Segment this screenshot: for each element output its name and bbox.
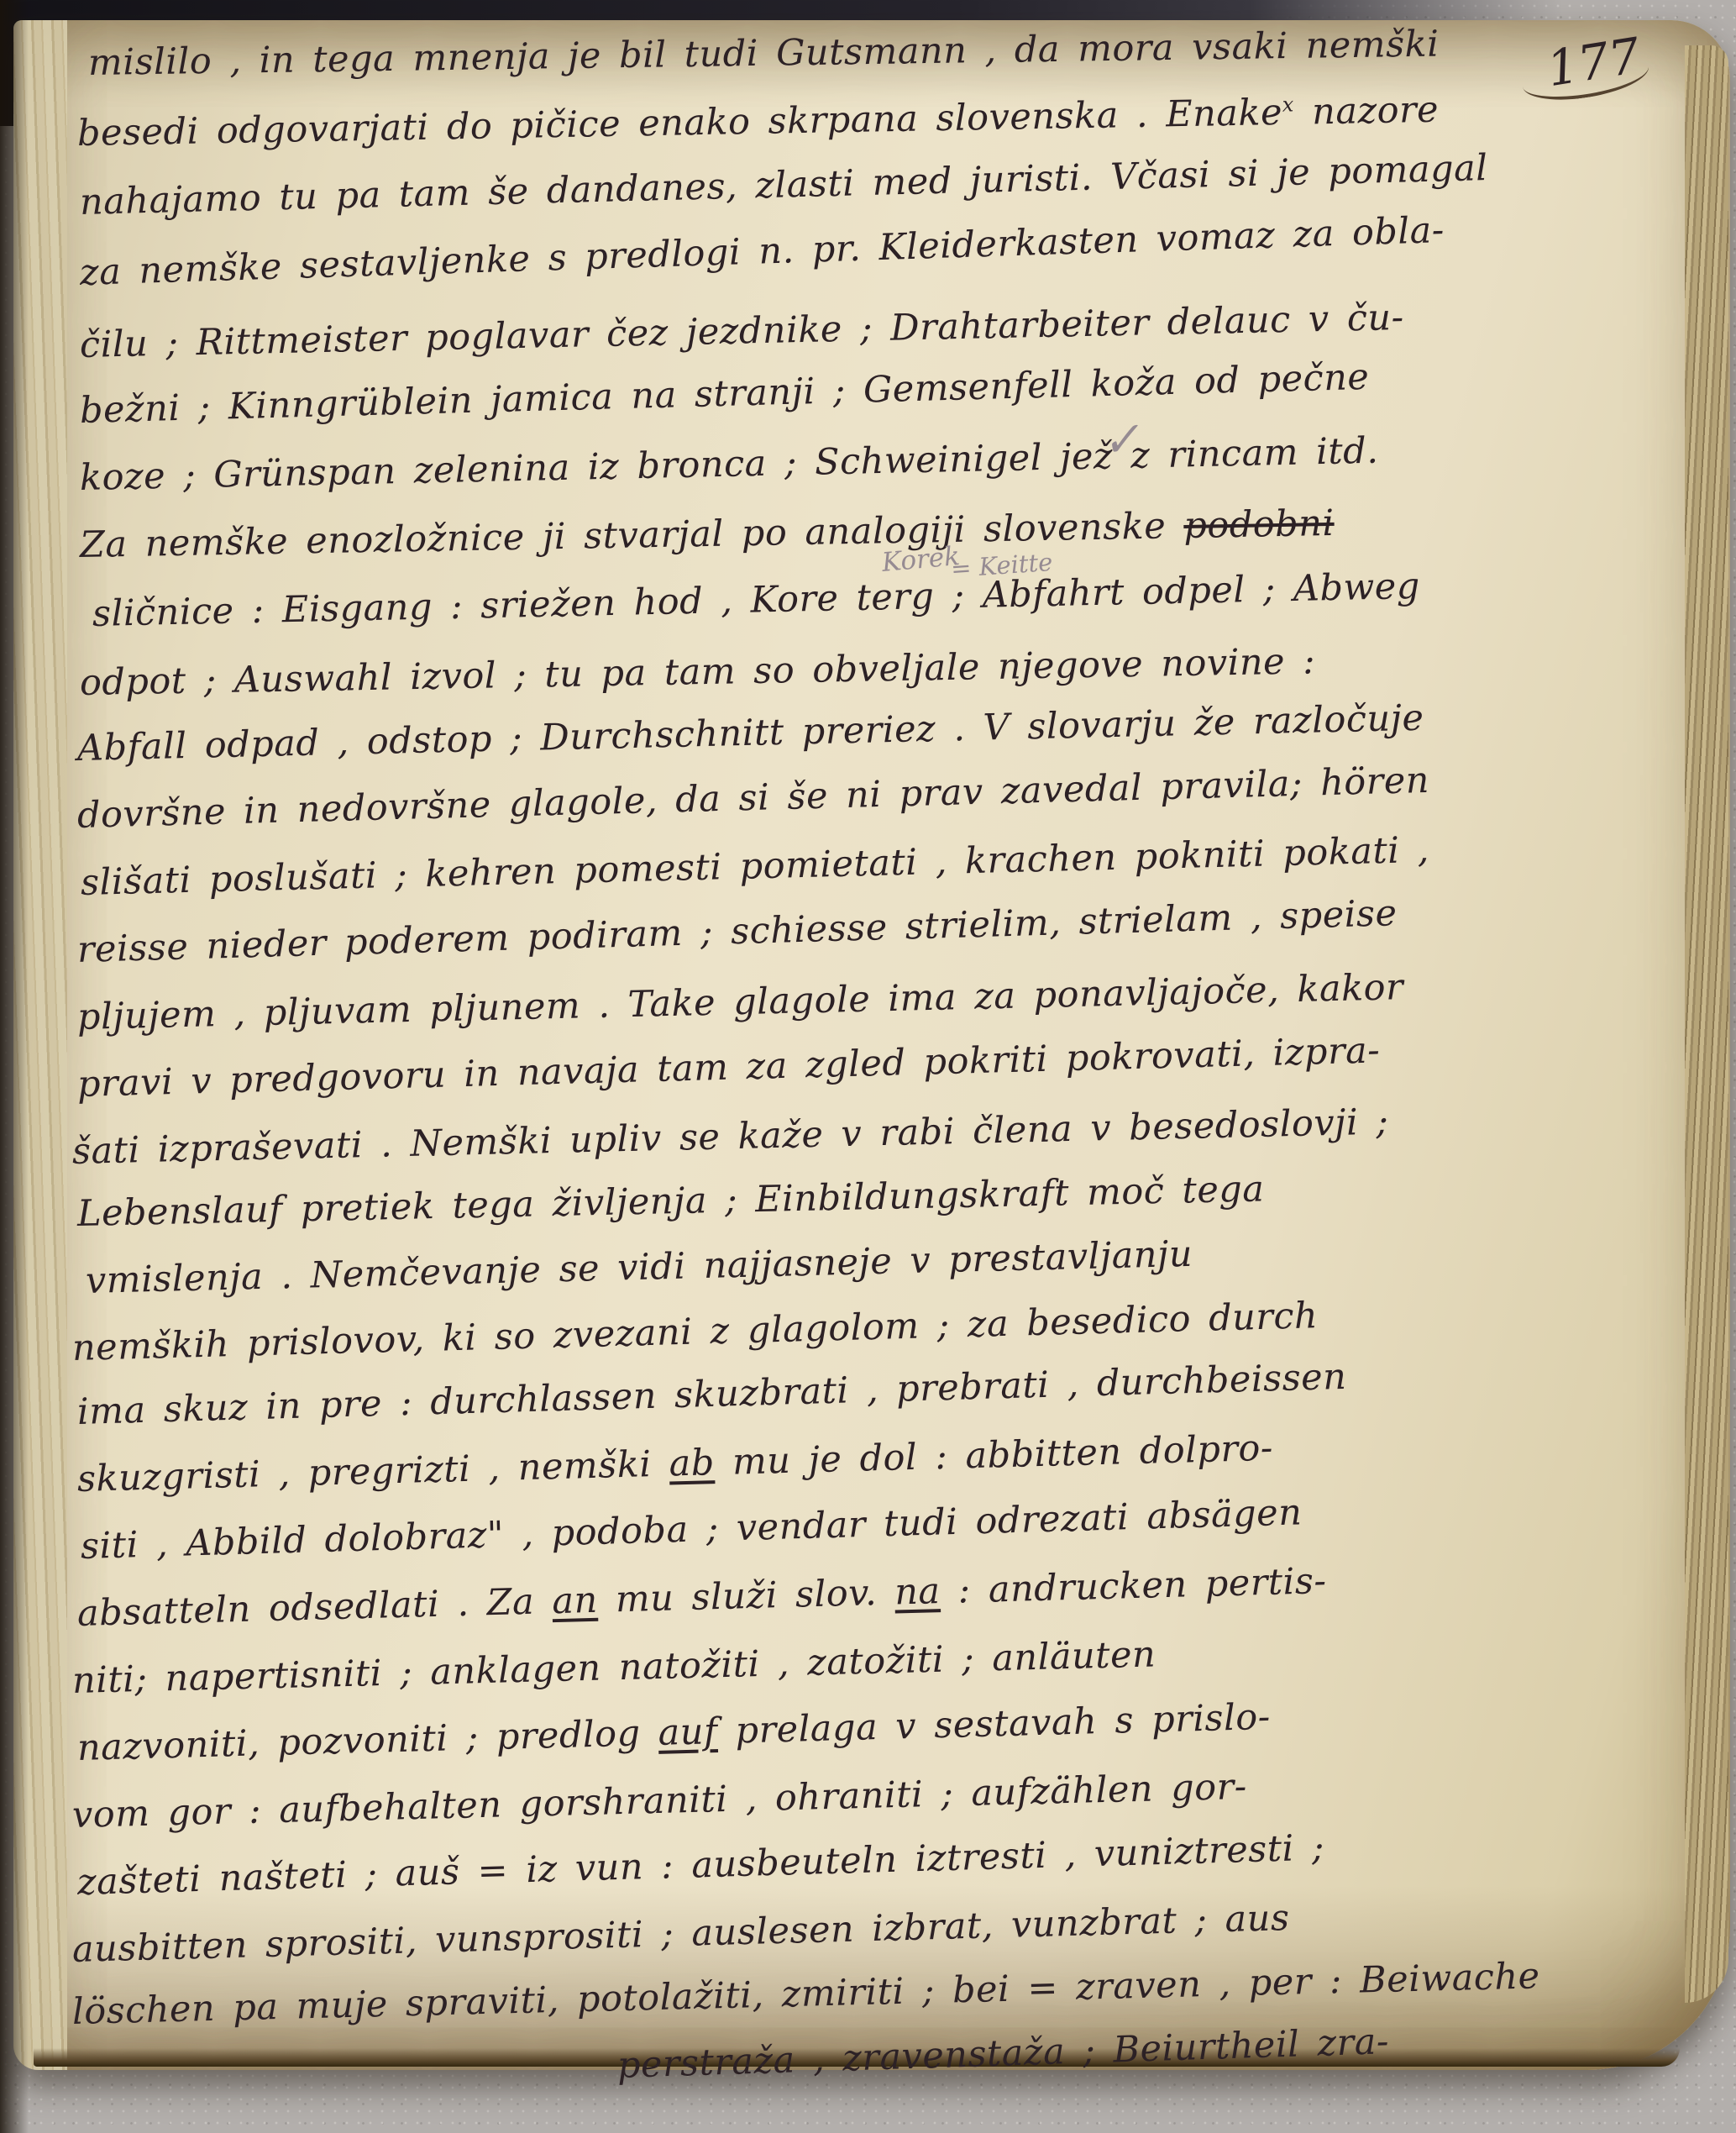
text-segment: vmislenja . Nemčevanje se vidi najjasnej… <box>85 1233 1193 1302</box>
text-segment: na <box>894 1570 941 1613</box>
manuscript-line: ima skuz in pre : durchlassen skuzbrati … <box>76 1358 1347 1432</box>
manuscript-line: koze ; Grünspan zelenina iz bronca ; Sch… <box>80 432 1379 499</box>
text-segment: sličnice : Eisgang : sriežen hod , Kore … <box>92 565 1420 635</box>
text-segment: mu služi slov. <box>597 1572 895 1621</box>
manuscript-line: nemških prislovov, ki so zvezani z glago… <box>71 1296 1318 1369</box>
text-segment: : andrucken pertis- <box>940 1560 1327 1612</box>
text-segment: mu je dol : abbitten dolpro- <box>714 1427 1273 1484</box>
text-segment: auf <box>658 1710 718 1754</box>
manuscript-line: besedi odgovarjati do pičice enako skrpa… <box>77 91 1440 155</box>
text-segment: Lebenslauf pretiek tega življenja ; Einb… <box>76 1168 1264 1235</box>
manuscript-line: skuzgristi , pregrizti , nemški ab mu je… <box>76 1429 1273 1500</box>
text-segment: nazore <box>1294 89 1440 134</box>
text-segment: podobni <box>1183 502 1335 547</box>
text-segment: zašteti našteti ; auš = iz vun : ausbeut… <box>76 1827 1324 1904</box>
text-segment: slišati poslušati ; kehren pomesti pomie… <box>80 829 1429 904</box>
manuscript-line: pravi v predgovoru in navaja tam za zgle… <box>76 1031 1380 1105</box>
text-segment: absatteln odsedlati . Za <box>76 1580 553 1635</box>
manuscript-line: odpot ; Auswahl izvol ; tu pa tam so obv… <box>80 642 1316 703</box>
manuscript-line: čilu ; Rittmeister poglavar čez jezdnike… <box>80 298 1405 365</box>
manuscript-line: za nemške sestavljenke s predlogi n. pr.… <box>79 211 1445 293</box>
text-segment: dovršne in nedovršne glagole, da si še n… <box>76 759 1429 837</box>
manuscript-line: dovršne in nedovršne glagole, da si še n… <box>76 761 1429 836</box>
manuscript-line: šati izpraševati . Nemški upliv se kaže … <box>71 1102 1388 1172</box>
manuscript-line: ausbitten sprositi, vunsprositi ; ausles… <box>71 1899 1290 1970</box>
manuscript-photo: 177 mislilo , in tega mnenja je bil tudi… <box>0 0 1736 2133</box>
text-segment: nazvoniti, pozvoniti ; predlog <box>76 1712 658 1769</box>
text-segment: vom gor : aufbehalten gorshraniti , ohra… <box>71 1766 1247 1836</box>
manuscript-line: niti; napertisniti ; anklagen natožiti ,… <box>71 1635 1156 1701</box>
text-segment: nemških prislovov, ki so zvezani z glago… <box>71 1295 1318 1369</box>
text-segment: bežni ; Kinngrüblein jamica na stranji ;… <box>79 356 1370 432</box>
manuscript-line: mislilo , in tega mnenja je bil tudi Gut… <box>88 25 1440 84</box>
text-segment: šati izpraševati . Nemški upliv se kaže … <box>71 1101 1388 1173</box>
text-segment: siti , Abbild dolobraz" , podoba ; venda… <box>80 1491 1303 1568</box>
text-segment: pravi v predgovoru in navaja tam za zgle… <box>76 1029 1380 1106</box>
text-segment: reisse nieder poderem podiram ; schiesse… <box>76 892 1398 971</box>
manuscript-line: vmislenja . Nemčevanje se vidi najjasnej… <box>85 1235 1193 1301</box>
text-segment: čilu ; Rittmeister poglavar čez jezdnike… <box>79 297 1404 366</box>
manuscript-line: bežni ; Kinngrüblein jamica na stranji ;… <box>79 358 1370 431</box>
text-segment: löschen pa muje spraviti, potolažiti, zm… <box>71 1955 1540 2033</box>
text-segment: besedi odgovarjati do pičice enako skrpa… <box>77 92 1283 155</box>
text-segment: za nemške sestavljenke s predlogi n. pr.… <box>79 209 1445 294</box>
text-segment: x <box>1282 92 1295 116</box>
text-segment: Abfall odpad , odstop ; Durchschnitt pre… <box>76 697 1424 770</box>
text-segment: niti; napertisniti ; anklagen natožiti ,… <box>71 1633 1156 1702</box>
manuscript-line: zašteti našteti ; auš = iz vun : ausbeut… <box>76 1829 1324 1904</box>
pencil-check-mark: ✓ <box>1099 412 1143 468</box>
text-segment: ab <box>669 1442 715 1484</box>
manuscript-line: Za nemške enozložnice ji stvarjal po ana… <box>80 504 1335 565</box>
manuscript-line: löschen pa muje spraviti, potolažiti, zm… <box>71 1957 1540 2032</box>
text-segment: ausbitten sprositi, vunsprositi ; ausles… <box>71 1897 1290 1971</box>
text-segment: an <box>552 1579 599 1622</box>
text-segment: perstraža , zravenstaža ; Beiurtheil zra… <box>616 2020 1389 2087</box>
text-segment: odpot ; Auswahl izvol ; tu pa tam so obv… <box>80 640 1316 704</box>
text-segment: nahajamo tu pa tam še dandanes, zlasti m… <box>79 147 1488 223</box>
manuscript-line: siti , Abbild dolobraz" , podoba ; venda… <box>80 1493 1303 1567</box>
manuscript-text: mislilo , in tega mnenja je bil tudi Gut… <box>0 0 1736 2133</box>
text-segment: mislilo , in tega mnenja je bil tudi Gut… <box>88 24 1440 84</box>
manuscript-line: Lebenslauf pretiek tega življenja ; Einb… <box>77 1169 1265 1234</box>
manuscript-line: reisse nieder poderem podiram ; schiesse… <box>76 894 1398 970</box>
text-segment: ima skuz in pre : durchlassen skuzbrati … <box>76 1356 1347 1433</box>
manuscript-line: slišati poslušati ; kehren pomesti pomie… <box>80 831 1429 904</box>
text-segment: koze ; Grünspan zelenina iz bronca ; Sch… <box>79 430 1378 499</box>
text-segment: skuzgristi , pregrizti , nemški <box>76 1443 669 1500</box>
manuscript-line: vom gor : aufbehalten gorshraniti , ohra… <box>71 1768 1247 1836</box>
manuscript-line: nahajamo tu pa tam še dandanes, zlasti m… <box>79 149 1488 223</box>
text-segment: prelaga v sestavah s prislo- <box>717 1696 1272 1752</box>
manuscript-line: pljujem , pljuvam pljunem . Take glagole… <box>76 968 1403 1038</box>
text-segment: pljujem , pljuvam pljunem . Take glagole… <box>76 966 1403 1038</box>
manuscript-line: absatteln odsedlati . Za an mu služi slo… <box>76 1562 1327 1634</box>
manuscript-line: perstraža , zravenstaža ; Beiurtheil zra… <box>616 2022 1389 2086</box>
manuscript-line: sličnice : Eisgang : sriežen hod , Kore … <box>92 567 1421 634</box>
manuscript-line: Abfall odpad , odstop ; Durchschnitt pre… <box>76 699 1424 770</box>
manuscript-line: nazvoniti, pozvoniti ; predlog auf prela… <box>76 1698 1271 1768</box>
